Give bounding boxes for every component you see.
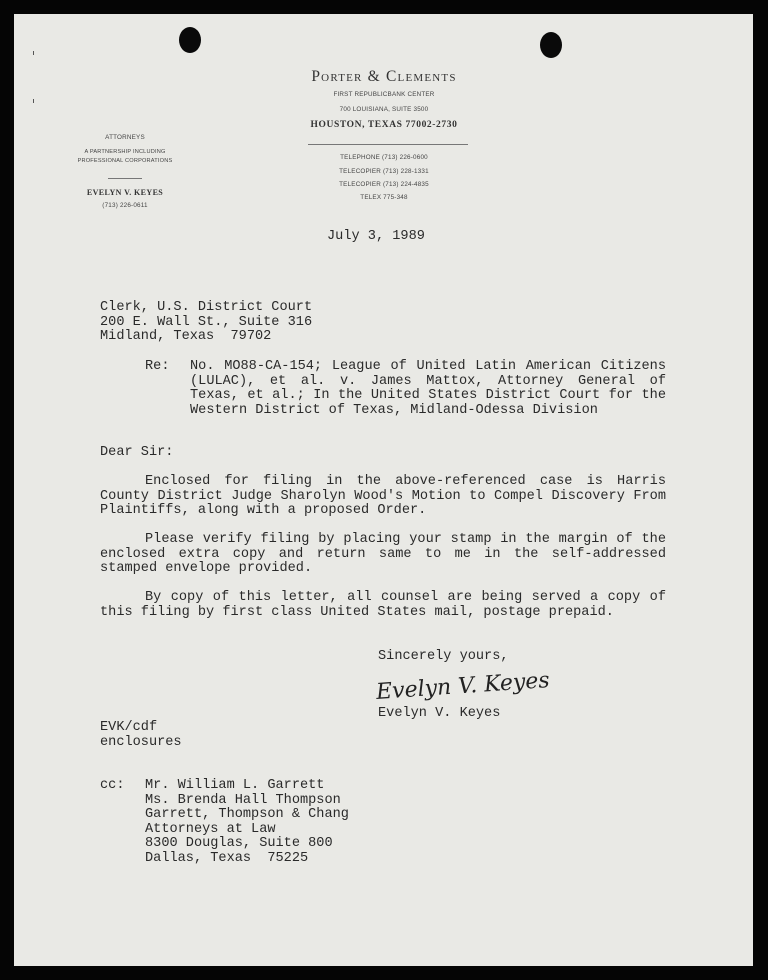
recipient-address: Clerk, U.S. District Court 200 E. Wall S… xyxy=(100,301,312,345)
firm-city: HOUSTON, TEXAS 77002-2730 xyxy=(250,120,518,130)
cc-label: cc: xyxy=(100,779,124,794)
left-divider xyxy=(108,178,142,179)
signer-name: Evelyn V. Keyes xyxy=(378,707,500,722)
letter-date: July 3, 1989 xyxy=(327,230,425,245)
recipient-line: Midland, Texas 79702 xyxy=(100,330,312,345)
body-paragraph: By copy of this letter, all counsel are … xyxy=(100,591,666,620)
attorney-phone: (713) 226-0611 xyxy=(60,202,190,209)
recipient-line: Clerk, U.S. District Court xyxy=(100,301,312,316)
firm-name: Porter & Clements xyxy=(250,68,518,86)
cc-line: Ms. Brenda Hall Thompson xyxy=(145,794,349,809)
letterhead-divider xyxy=(308,144,468,145)
letter-page: Porter & Clements FIRST REPUBLICBANK CEN… xyxy=(14,14,753,966)
firm-building: FIRST REPUBLICBANK CENTER xyxy=(250,91,518,98)
re-text: No. MO88-CA-154; League of United Latin … xyxy=(190,360,666,418)
cc-line: 8300 Douglas, Suite 800 xyxy=(145,837,349,852)
attorney-name: EVELYN V. KEYES xyxy=(60,188,190,197)
closing: Sincerely yours, xyxy=(378,650,509,665)
cc-line: Attorneys at Law xyxy=(145,823,349,838)
punch-hole-right xyxy=(540,32,562,58)
firm-telecopier-1: TELECOPIER (713) 228-1331 xyxy=(250,168,518,175)
firm-street: 700 LOUISIANA, SUITE 3500 xyxy=(250,106,518,113)
salutation: Dear Sir: xyxy=(100,446,173,461)
firm-telecopier-2: TELECOPIER (713) 224-4835 xyxy=(250,181,518,188)
cc-list: Mr. William L. Garrett Ms. Brenda Hall T… xyxy=(145,779,349,867)
cc-line: Garrett, Thompson & Chang xyxy=(145,808,349,823)
partnership-line: A PARTNERSHIP INCLUDING xyxy=(60,149,190,155)
typist-initials: EVK/cdf xyxy=(100,721,182,736)
body-paragraph: Please verify filing by placing your sta… xyxy=(100,533,666,577)
re-label: Re: xyxy=(145,360,169,375)
attorneys-label: ATTORNEYS xyxy=(60,134,190,141)
margin-mark xyxy=(33,51,34,55)
body-paragraph: Enclosed for filing in the above-referen… xyxy=(100,475,666,519)
reference-initials-block: EVK/cdf enclosures xyxy=(100,721,182,750)
signature: Evelyn V. Keyes xyxy=(375,668,550,705)
enclosures-note: enclosures xyxy=(100,736,182,751)
corporations-line: PROFESSIONAL CORPORATIONS xyxy=(60,158,190,164)
margin-mark xyxy=(33,99,34,103)
firm-telex: TELEX 775-348 xyxy=(250,194,518,201)
recipient-line: 200 E. Wall St., Suite 316 xyxy=(100,316,312,331)
cc-line: Dallas, Texas 75225 xyxy=(145,852,349,867)
cc-line: Mr. William L. Garrett xyxy=(145,779,349,794)
firm-telephone: TELEPHONE (713) 226-0600 xyxy=(250,154,518,161)
punch-hole-left xyxy=(179,27,201,53)
